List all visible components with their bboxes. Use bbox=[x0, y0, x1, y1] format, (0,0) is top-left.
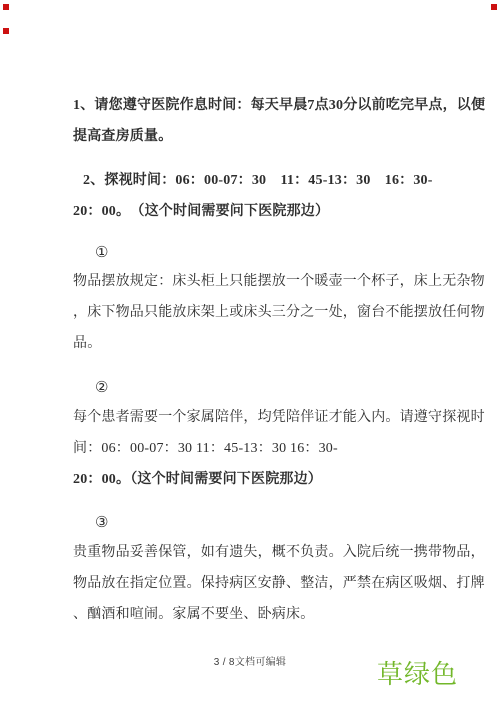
red-mark-icon bbox=[3, 4, 9, 10]
text-line: 贵重物品妥善保管，如有遗失，概不负责。入院后统一携带物品， bbox=[73, 537, 453, 568]
green-watermark-label: 草绿色 bbox=[377, 654, 458, 691]
text-line: 1、请您遵守医院作息时间：每天早晨7点30分以前吃完早点，以便 bbox=[73, 90, 453, 121]
text-line: 间：06：00-07：30 11：45-13：30 16：30- bbox=[73, 433, 453, 464]
paragraph-item-placement: 物品摆放规定：床头柜上只能摆放一个暖壶一个杯子，床上无杂物 ，床下物品只能放床架… bbox=[73, 266, 453, 359]
text-line: 每个患者需要一个家属陪伴，均凭陪伴证才能入内。请遵守探视时 bbox=[73, 402, 453, 433]
text-line: 物品摆放规定：床头柜上只能摆放一个暖壶一个杯子，床上无杂物 bbox=[73, 266, 453, 297]
document-page: 1、请您遵守医院作息时间：每天早晨7点30分以前吃完早点，以便 提高查房质量。 … bbox=[0, 0, 500, 708]
red-mark-icon bbox=[491, 4, 497, 10]
red-mark-icon bbox=[3, 28, 9, 34]
text-line: 提高查房质量。 bbox=[73, 121, 453, 152]
paragraph-rule-1: 1、请您遵守医院作息时间：每天早晨7点30分以前吃完早点，以便 提高查房质量。 bbox=[73, 90, 453, 152]
paragraph-rule-2: 2、探视时间：06：00-07：30 11：45-13：30 16：30- 20… bbox=[73, 165, 453, 227]
list-marker-circled-2: ② bbox=[95, 373, 108, 404]
list-marker-circled-1: ① bbox=[95, 238, 108, 269]
text-line: 、酗酒和喧闹。家属不要坐、卧病床。 bbox=[73, 599, 453, 630]
text-line: ，床下物品只能放床架上或床头三分之一处，窗台不能摆放任何物 bbox=[73, 297, 453, 328]
paragraph-valuables-rule: 贵重物品妥善保管，如有遗失，概不负责。入院后统一携带物品， 物品放在指定位置。保… bbox=[73, 537, 453, 630]
text-line: 2、探视时间：06：00-07：30 11：45-13：30 16：30- bbox=[73, 165, 453, 196]
paragraph-companion-rule: 每个患者需要一个家属陪伴，均凭陪伴证才能入内。请遵守探视时 间：06：00-07… bbox=[73, 402, 453, 495]
text-line: 20：00。（这个时间需要问下医院那边） bbox=[73, 464, 453, 495]
text-line: 物品放在指定位置。保持病区安静、整洁，严禁在病区吸烟、打牌 bbox=[73, 568, 453, 599]
text-line: 20：00。 （这个时间需要问下医院那边） bbox=[73, 196, 453, 227]
text-line: 品。 bbox=[73, 328, 453, 359]
list-marker-circled-3: ③ bbox=[95, 508, 108, 539]
